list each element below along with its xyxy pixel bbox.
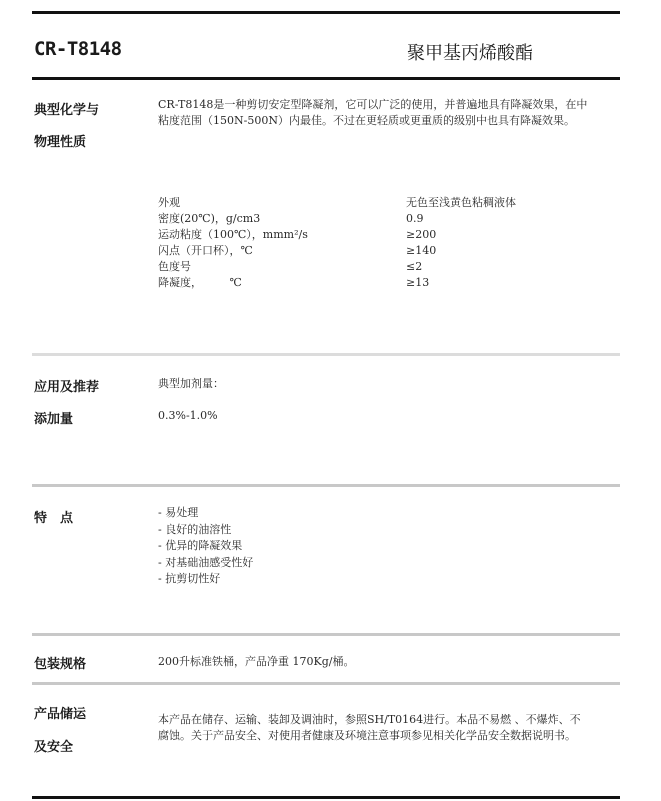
property-row: 运动粘度（100℃），mmm²/s ≥200 [158, 227, 578, 243]
storage-label-line1: 产品储运 [34, 703, 86, 722]
feature-item: - 抗剪切性好 [158, 571, 253, 588]
property-row: 闪点（开口杯），℃ ≥140 [158, 243, 578, 259]
feature-item: - 优异的降凝效果 [158, 538, 253, 555]
header-rule [32, 77, 620, 80]
property-row: 外观 无色至浅黄色粘稠液体 [158, 195, 578, 211]
properties-description: CR-T8148是一种剪切安定型降凝剂，它可以广泛的使用，并普遍地具有降凝效果，… [158, 97, 618, 129]
properties-label-line1: 典型化学与 [34, 99, 99, 118]
storage-text-line: 腐蚀。关于产品安全、对使用者健康及环境注意事项参见相关化学品安全数据说明书。 [158, 728, 620, 744]
storage-label-line2: 及安全 [34, 736, 73, 755]
packaging-label: 包装规格 [34, 653, 86, 672]
packaging-text: 200升标准铁桶，产品净重 170Kg/桶。 [158, 654, 354, 670]
property-row: 色度号 ≤2 [158, 259, 578, 275]
property-row: 降凝度， ℃ ≥13 [158, 275, 578, 291]
property-value: 0.9 [406, 211, 578, 227]
features-list: - 易处理 - 良好的油溶性 - 优异的降凝效果 - 对基础油感受性好 - 抗剪… [158, 505, 253, 588]
property-name: 色度号 [158, 259, 406, 275]
application-label-line1: 应用及推荐 [34, 376, 99, 395]
property-value: ≥13 [406, 275, 578, 291]
property-value: ≥200 [406, 227, 578, 243]
storage-text: 本产品在储存、运输、装卸及调油时，参照SH/T0164进行。本品不易燃 、不爆炸… [158, 712, 620, 744]
features-label: 特 点 [34, 507, 73, 526]
property-value: ≥140 [406, 243, 578, 259]
section-divider [32, 633, 620, 636]
feature-item: - 良好的油溶性 [158, 522, 253, 539]
property-name: 密度(20℃)，g/cm3 [158, 211, 406, 227]
feature-item: - 易处理 [158, 505, 253, 522]
properties-table: 外观 无色至浅黄色粘稠液体 密度(20℃)，g/cm3 0.9 运动粘度（100… [158, 195, 578, 291]
property-name: 降凝度， ℃ [158, 275, 406, 291]
property-row: 密度(20℃)，g/cm3 0.9 [158, 211, 578, 227]
product-name: 聚甲基丙烯酸酯 [407, 39, 533, 65]
product-code: CR-T8148 [34, 38, 122, 60]
application-label-line2: 添加量 [34, 408, 73, 427]
section-divider [32, 682, 620, 685]
description-line: 粘度范围（150N-500N）内最佳。不过在更轻质或更重质的级别中也具有降凝效果… [158, 113, 618, 129]
section-divider [32, 353, 620, 356]
property-name: 外观 [158, 195, 406, 211]
feature-item: - 对基础油感受性好 [158, 555, 253, 572]
property-name: 运动粘度（100℃），mmm²/s [158, 227, 406, 243]
description-line: CR-T8148是一种剪切安定型降凝剂，它可以广泛的使用，并普遍地具有降凝效果，… [158, 97, 618, 113]
property-value: 无色至浅黄色粘稠液体 [406, 195, 578, 211]
dosage-heading: 典型加剂量： [158, 376, 224, 392]
properties-label-line2: 物理性质 [34, 131, 86, 150]
bottom-rule [32, 796, 620, 799]
property-name: 闪点（开口杯），℃ [158, 243, 406, 259]
top-rule [32, 11, 620, 14]
storage-text-line: 本产品在储存、运输、装卸及调油时，参照SH/T0164进行。本品不易燃 、不爆炸… [158, 712, 620, 728]
section-divider [32, 484, 620, 487]
dosage-value: 0.3%-1.0% [158, 408, 218, 424]
property-value: ≤2 [406, 259, 578, 275]
